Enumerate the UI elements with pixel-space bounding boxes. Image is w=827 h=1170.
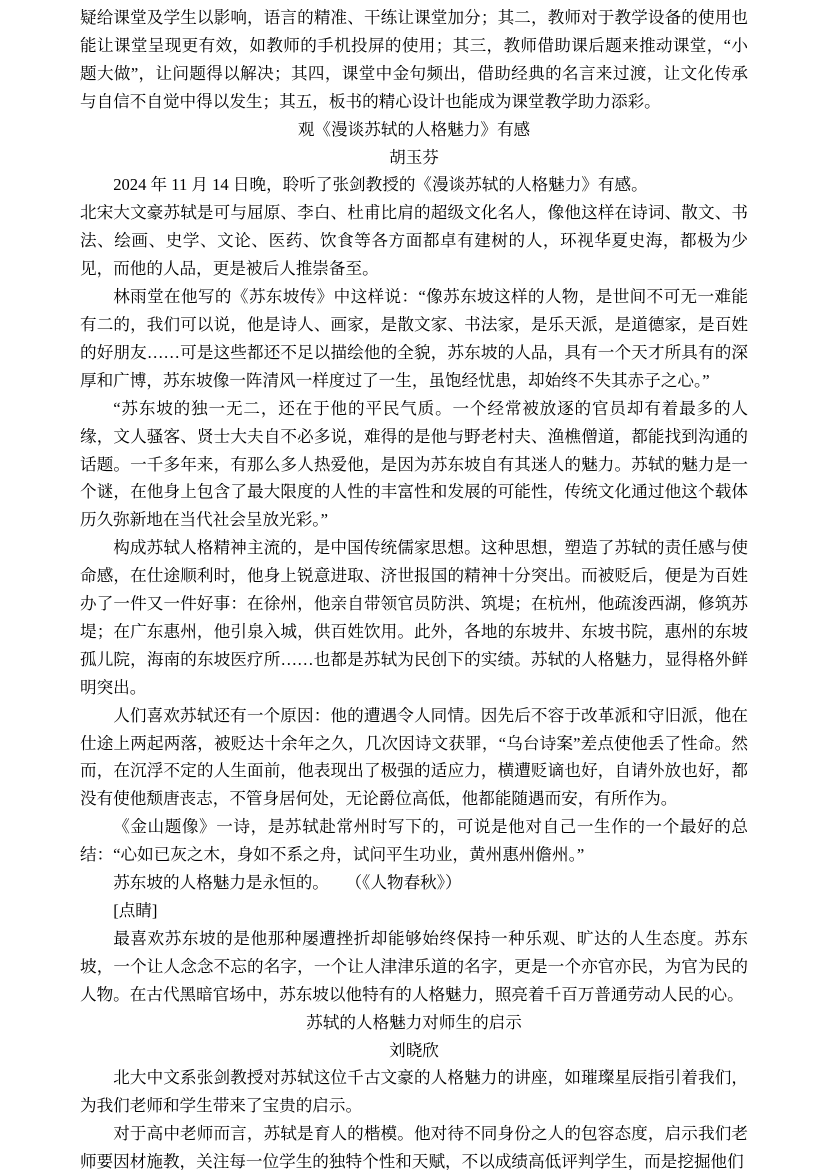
- paragraph-intro: 北宋大文豪苏轼是可与屈原、李白、杜甫比肩的超级文化名人，像他这样在诗词、散文、书…: [80, 199, 748, 283]
- essay1-author: 胡玉芬: [80, 144, 748, 172]
- essay1-title: 观《漫谈苏轼的人格魅力》有感: [80, 116, 748, 144]
- paragraph-jinshan-poem: 《金山题像》一诗，是苏轼赴常州时写下的，可说是他对自己一生作的一个最好的总结：“…: [80, 813, 748, 869]
- paragraph-confucian: 构成苏轼人格精神主流的，是中国传统儒家思想。这种思想，塑造了苏轼的责任感与使命感…: [80, 534, 748, 701]
- document-page: 疑给课堂及学生以影响，语言的精准、干练让课堂加分；其二，教师对于教学设备的使用也…: [0, 0, 827, 1170]
- paragraph-continuation: 疑给课堂及学生以影响，语言的精准、干练让课堂加分；其二，教师对于教学设备的使用也…: [80, 4, 748, 116]
- text-column: 疑给课堂及学生以影响，语言的精准、干练让课堂加分；其二，教师对于教学设备的使用也…: [80, 4, 748, 1170]
- paragraph-favorite: 最喜欢苏东坡的是他那种屡遭挫折却能够始终保持一种乐观、旷达的人生态度。苏东坡，一…: [80, 925, 748, 1009]
- essay2-author: 刘晓欣: [80, 1037, 748, 1065]
- paragraph-biography-quote: 林雨堂在他写的《苏东坡传》中这样说：“像苏东坡这样的人物，是世间不可无一难能有二…: [80, 283, 748, 395]
- paragraph-eternal-charm: 苏东坡的人格魅力是永恒的。 （《人物春秋》）: [80, 869, 748, 897]
- essay2-title: 苏轼的人格魅力对师生的启示: [80, 1009, 748, 1037]
- dianjing-label: [点睛]: [80, 897, 748, 925]
- paragraph-date: 2024 年 11 月 14 日晚，聆听了张剑教授的《漫谈苏轼的人格魅力》有感。: [80, 171, 748, 199]
- paragraph-sympathy: 人们喜欢苏轼还有一个原因：他的遭遇令人同情。因先后不容于改革派和守旧派，他在仕途…: [80, 702, 748, 814]
- paragraph-uniqueness: “苏东坡的独一无二，还在于他的平民气质。一个经常被放逐的官员却有着最多的人缘，文…: [80, 395, 748, 535]
- paragraph-lecture-inspiration: 北大中文系张剑教授对苏轼这位千古文豪的人格魅力的讲座，如璀璨星辰指引着我们，为我…: [80, 1064, 748, 1120]
- paragraph-teachers: 对于高中老师而言，苏轼是育人的楷模。他对待不同身份之人的包容态度，启示我们老师要…: [80, 1120, 748, 1170]
